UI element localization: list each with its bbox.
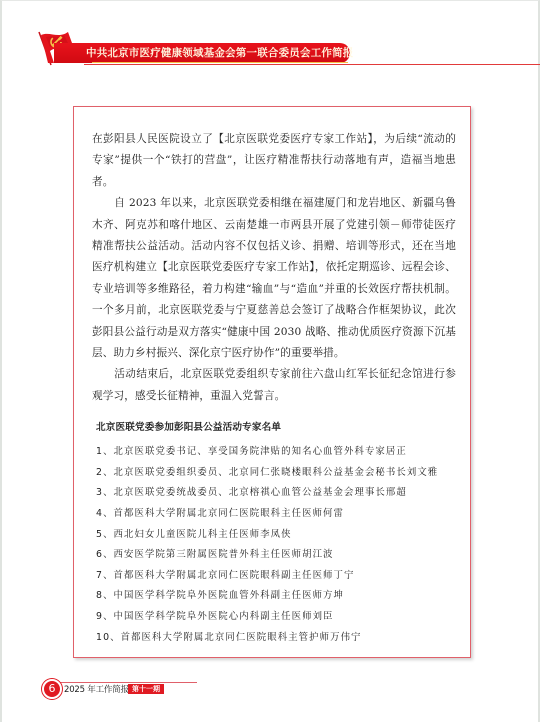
paragraph-2: 自 2023 年以来，北京医联党委相继在福建厦门和龙岩地区、新疆乌鲁木齐、阿克苏…	[92, 193, 456, 364]
banner-gold-underline	[92, 62, 348, 63]
expert-list-item: 8、中国医学科学院阜外医院血管外科副主任医师方坤	[96, 586, 456, 607]
footer-rule	[60, 682, 197, 683]
expert-list-title: 北京医联党委参加彭阳县公益活动专家名单	[92, 421, 456, 435]
expert-list-item: 9、中国医学科学院阜外医院心内科副主任医师刘臣	[96, 607, 456, 628]
publication-title: 中共北京市医疗健康领域基金会第一联合委员会工作简报	[86, 44, 354, 62]
page-footer: 6 2025 年工作简报 第十一期	[40, 679, 240, 699]
footer-publication: 2025 年工作简报	[64, 684, 129, 696]
expert-list-item: 10、首都医科大学附属北京同仁医院眼科主管护师万伟宁	[96, 628, 456, 649]
expert-list-item: 5、西北妇女儿童医院儿科主任医师李凤侠	[96, 525, 456, 546]
expert-list-item: 4、首都医科大学附属北京同仁医院眼科主任医师何雷	[96, 504, 456, 525]
document-page: 中共北京市医疗健康领域基金会第一联合委员会工作简报 在彭阳县人民医院设立了【北京…	[0, 0, 540, 722]
issue-badge: 第十一期	[128, 684, 164, 694]
paragraph-3: 活动结束后，北京医联党委组织专家前往六盘山红军长征纪念馆进行参观学习，感受长征精…	[92, 364, 456, 407]
article-frame: 在彭阳县人民医院设立了【北京医联党委医疗专家工作站】，为后续“流动的专家”提供一…	[73, 106, 471, 658]
expert-list-item: 1、北京医联党委书记、享受国务院津贴的知名心血管外科专家居正	[96, 442, 456, 463]
expert-list-item: 7、首都医科大学附属北京同仁医院眼科副主任医师丁宁	[96, 566, 456, 587]
expert-list-item: 6、西安医学院第三附属医院普外科主任医师胡江波	[96, 545, 456, 566]
expert-list-item: 3、北京医联党委统战委员、北京榕祺心血管公益基金会理事长邢超	[96, 483, 456, 504]
page-number-badge: 6	[42, 679, 62, 699]
article-body: 在彭阳县人民医院设立了【北京医联党委医疗专家工作站】，为后续“流动的专家”提供一…	[92, 129, 456, 648]
expert-list-item: 2、北京医联党委组织委员、北京同仁张晓楼眼科公益基金会秘书长刘文雅	[96, 463, 456, 484]
paragraph-1: 在彭阳县人民医院设立了【北京医联党委医疗专家工作站】，为后续“流动的专家”提供一…	[92, 129, 456, 193]
header-divider	[84, 64, 540, 65]
expert-list: 1、北京医联党委书记、享受国务院津贴的知名心血管外科专家居正 2、北京医联党委组…	[92, 442, 456, 648]
page-header: 中共北京市医疗健康领域基金会第一联合委员会工作简报	[36, 29, 540, 69]
